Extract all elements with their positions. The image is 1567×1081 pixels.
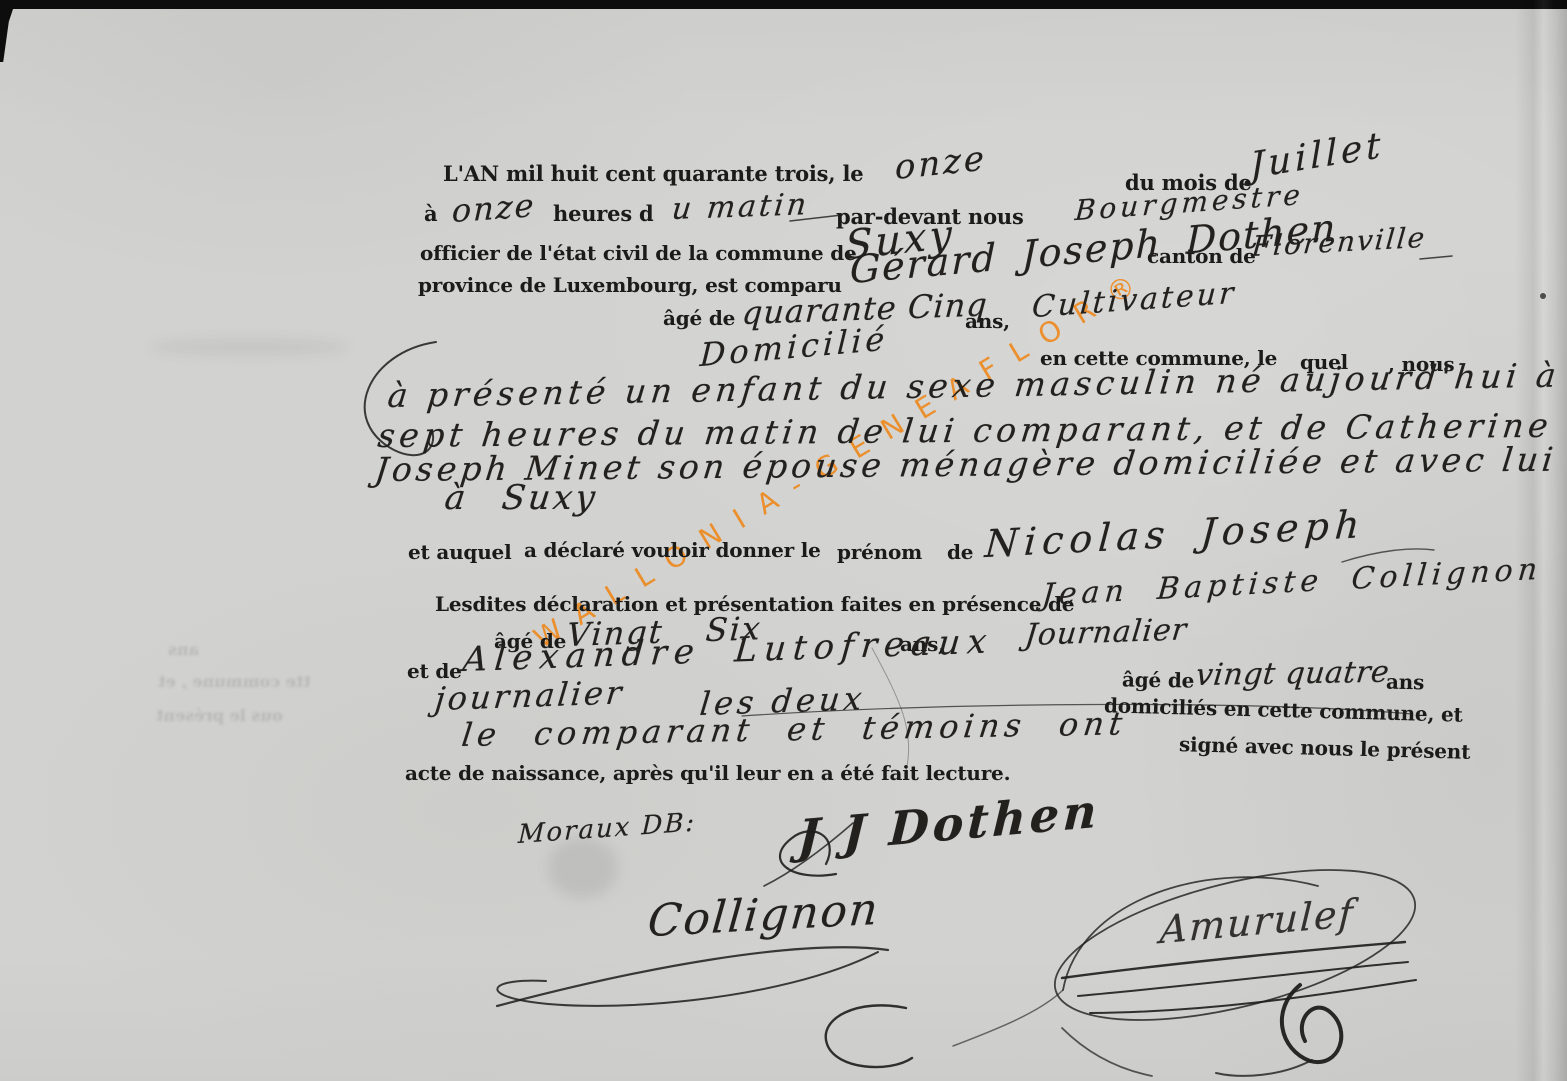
handwritten-witness1-job: Journalier	[1023, 612, 1189, 653]
printed-officer-line: officier de l'état civil de la commune d…	[420, 241, 857, 265]
signature-moraux: Moraux DB:	[517, 807, 696, 850]
handwritten-witness2-job: journalier	[433, 673, 626, 718]
bleedthrough-text: ous le présent	[156, 706, 283, 725]
printed-of: de	[947, 540, 973, 564]
handwritten-hour: onze	[451, 186, 536, 230]
bleedthrough-text: tte commune , et	[158, 672, 311, 691]
handwritten-father-job: Cultivateur	[1031, 276, 1238, 326]
signature-dothen: J J Dothen	[797, 783, 1102, 864]
handwritten-day: onze	[895, 138, 987, 188]
printed-firstname: prénom	[837, 540, 922, 564]
handwritten-month: Juillet	[1250, 125, 1385, 188]
handwritten-witness1: Jean Baptiste Collignon	[1040, 552, 1543, 613]
handwritten-child-name: Nicolas Joseph	[983, 502, 1366, 566]
signature-flourished: Amurulef	[1159, 891, 1356, 952]
birth-record-scan: ans tte commune , et ous le présent WALL…	[0, 0, 1567, 1081]
signature-collignon: Collignon	[646, 884, 882, 947]
printed-at: à	[424, 201, 437, 226]
printed-hours: heures d	[553, 201, 654, 226]
printed-year-line: L'AN mil huit cent quarante trois, le	[443, 161, 863, 186]
scan-top-edge	[0, 0, 1567, 9]
handwritten-witness2-age: vingt quatre	[1194, 655, 1391, 693]
bleedthrough-text: ans	[168, 640, 199, 659]
handwritten-period: u matin	[670, 187, 811, 227]
paper-smudge	[150, 338, 350, 356]
printed-signed: signé avec nous le présent	[1179, 732, 1471, 764]
handwritten-body-line4: à Suxy	[443, 478, 601, 518]
printed-years3: ans	[1386, 670, 1425, 695]
printed-aged: âgé de	[663, 306, 735, 330]
scan-corner	[0, 0, 16, 62]
printed-act-line: acte de naissance, après qu'il leur en a…	[405, 761, 1010, 785]
printed-and-to-whom: et auquel	[408, 540, 511, 564]
printed-domiciled: domiciliés en cette commune, et	[1104, 693, 1463, 726]
printed-aged3: âgé de	[1122, 667, 1195, 692]
printed-declared: a déclaré vouloir donner le	[524, 538, 821, 562]
page-fold-shadow	[1515, 0, 1567, 1081]
